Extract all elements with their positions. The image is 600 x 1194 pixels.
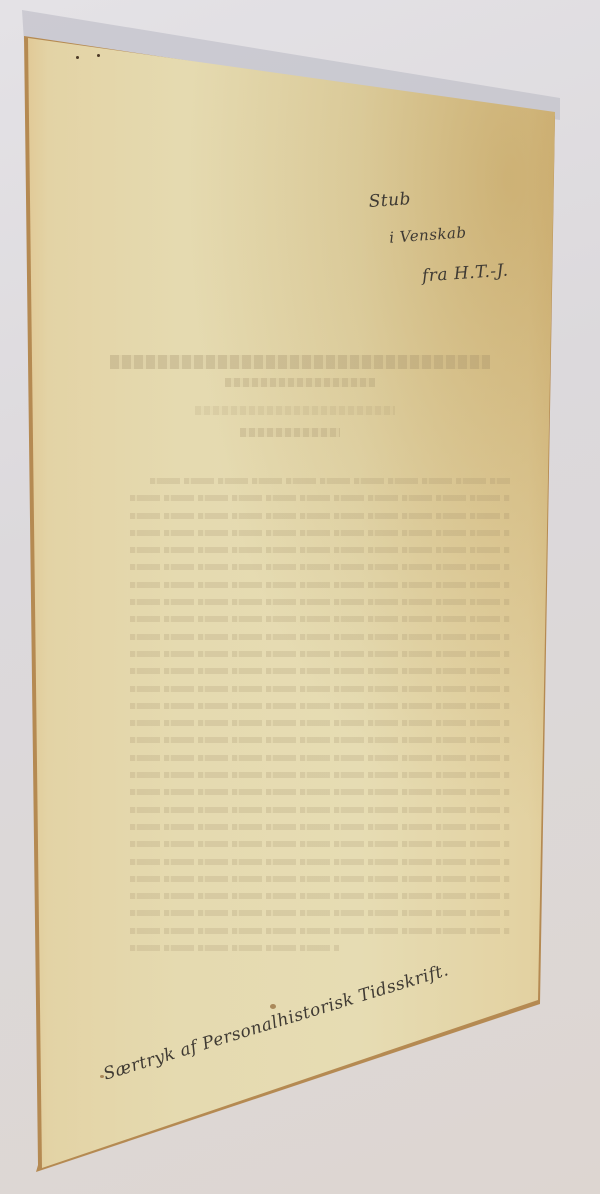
text-line [130,841,510,847]
text-line [130,686,510,692]
text-line [130,876,510,882]
text-line [130,807,510,813]
text-line [130,495,510,501]
text-line [130,824,510,830]
text-line [130,530,510,536]
text-line [130,547,510,553]
text-line [130,582,510,588]
text-line [130,859,510,865]
text-line [130,599,510,605]
text-line [130,703,510,709]
foxing-spot [270,1004,276,1009]
dedication-line-1: Stub [368,189,412,212]
page-content: Stub i Venskab fra H.T.-J. Særtryk af Pe… [0,0,600,1194]
printed-author-show-through [240,428,340,437]
printed-subtitle-show-through [225,378,375,387]
text-line [130,513,510,519]
pin-hole [76,56,79,59]
handwritten-dedication: Stub i Venskab fra H.T.-J. [368,180,546,312]
text-line [130,945,339,951]
text-line [130,616,510,622]
printed-byline-show-through [195,406,395,415]
printed-title-show-through [110,355,490,369]
text-line [130,668,510,674]
text-line [130,564,510,570]
text-line [130,651,510,657]
text-line [130,755,510,761]
text-line [130,720,510,726]
text-line [130,910,510,916]
text-line [150,478,510,484]
text-line [130,772,510,778]
printed-body-show-through [130,478,510,962]
handwritten-offprint-note: Særtryk af Personalhistorisk Tidsskrift. [101,960,451,1084]
text-line [130,789,510,795]
pin-hole [97,54,100,57]
text-line [130,634,510,640]
text-line [130,928,510,934]
dedication-line-3: fra H.T.-J. [421,260,509,286]
text-line [130,737,510,743]
dedication-line-2: i Venskab [389,223,467,246]
text-line [130,893,510,899]
